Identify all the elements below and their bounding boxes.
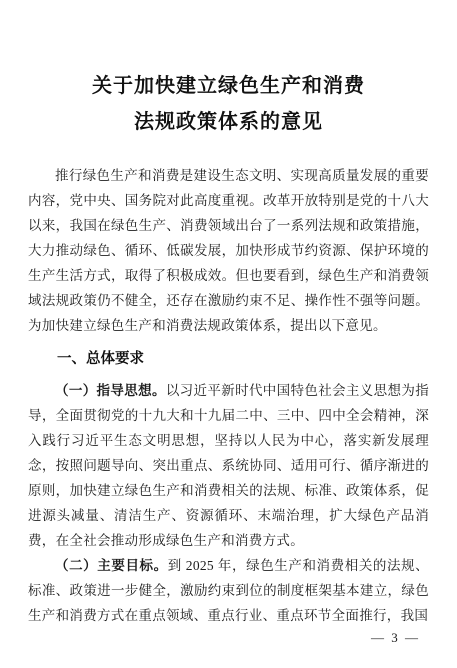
page-number: — 3 — xyxy=(371,630,420,646)
section-heading-overall-requirements: 一、总体要求 xyxy=(28,347,429,372)
document-page: 关于加快建立绿色生产和消费 法规政策体系的意见 推行绿色生产和消费是建设生态文明… xyxy=(0,0,457,668)
paragraph-main-goals: （二）主要目标。到 2025 年，绿色生产和消费相关的法规、标准、政策进一步健全… xyxy=(28,553,429,628)
document-body: 推行绿色生产和消费是建设生态文明、实现高质量发展的重要内容，党中央、国务院对此高… xyxy=(28,163,429,628)
paragraph-guiding-ideology: （一）指导思想。以习近平新时代中国特色社会主义思想为指导，全面贯彻党的十九大和十… xyxy=(28,378,429,553)
document-title: 关于加快建立绿色生产和消费 法规政策体系的意见 xyxy=(0,0,457,140)
paragraph-main-goals-lead: （二）主要目标。 xyxy=(55,558,168,573)
document-title-line-2: 法规政策体系的意见 xyxy=(0,104,457,140)
document-title-line-1: 关于加快建立绿色生产和消费 xyxy=(0,68,457,104)
paragraph-guiding-ideology-text: 以习近平新时代中国特色社会主义思想为指导，全面贯彻党的十九大和十九届二中、三中、… xyxy=(28,383,429,548)
paragraph-guiding-ideology-lead: （一）指导思想。 xyxy=(55,383,166,398)
intro-paragraph: 推行绿色生产和消费是建设生态文明、实现高质量发展的重要内容，党中央、国务院对此高… xyxy=(28,163,429,338)
